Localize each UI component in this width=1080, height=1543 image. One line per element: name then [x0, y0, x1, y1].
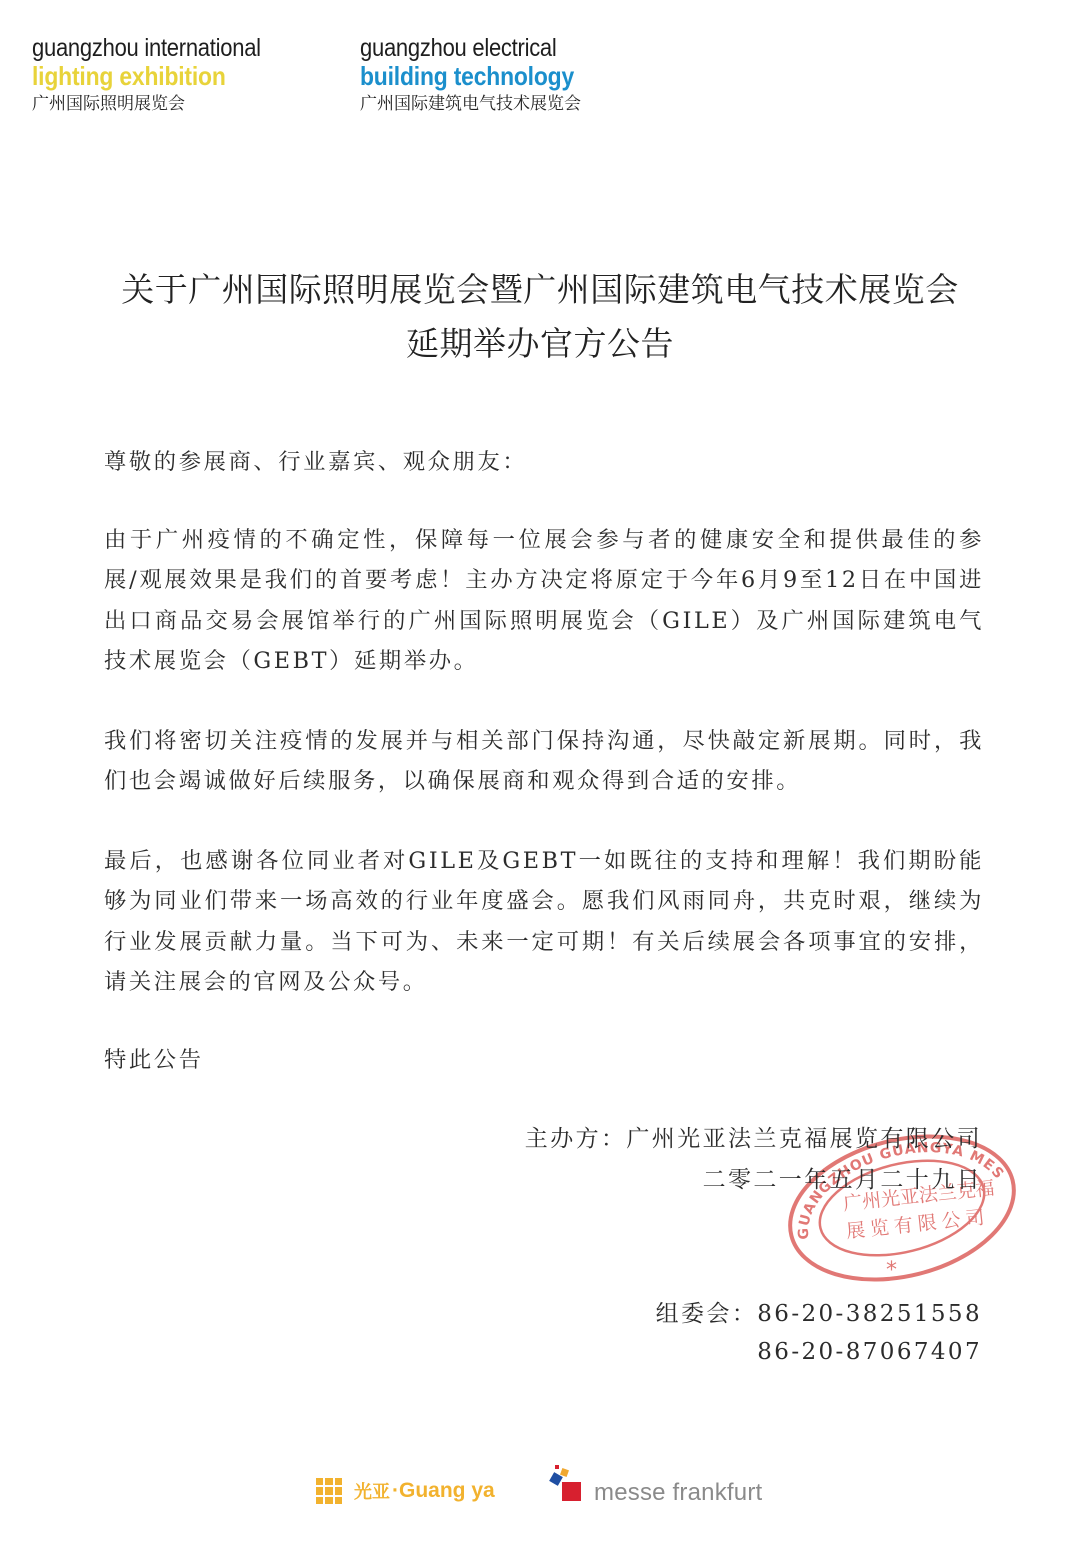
gebt-logo: guangzhou electrical building technology…	[360, 34, 603, 116]
document-title-line2: 延期举办官方公告	[0, 318, 1080, 365]
company-seal-icon: GUANGZHOU GUANGYA MESSE FRANKFURT COMPAN…	[782, 1132, 1022, 1284]
messe-red-square-icon	[562, 1482, 581, 1501]
contact-line-1: 组委会：86-20-38251558	[656, 1295, 982, 1328]
signature-date: 二零二一年五月二十九日	[703, 1161, 982, 1194]
contact-phone-2: 86-20-87067407	[757, 1339, 982, 1365]
contact-label: 组委会：	[656, 1301, 758, 1327]
gile-logo-line2: lighting exhibition	[32, 62, 261, 90]
guangya-grid-icon	[316, 1478, 342, 1504]
closing-remark: 特此公告	[104, 1040, 984, 1080]
gile-logo-line1: guangzhou international	[32, 34, 261, 62]
document-title-line1: 关于广州国际照明展览会暨广州国际建筑电气技术展览会	[0, 264, 1080, 311]
gebt-logo-line2: building technology	[360, 62, 574, 90]
gile-logo: guangzhou international lighting exhibit…	[32, 34, 292, 116]
guangya-logo-en: Guang ya	[399, 1479, 495, 1503]
gebt-logo-cn: 广州国际建筑电气技术展览会	[360, 92, 603, 116]
seal-star: *	[886, 1258, 897, 1283]
contact-phone-1: 86-20-38251558	[757, 1301, 982, 1327]
guangya-logo-sep: ·	[392, 1479, 399, 1503]
salutation: 尊敬的参展商、行业嘉宾、观众朋友：	[104, 442, 984, 482]
guangya-logo-cn: 光亚	[354, 1478, 390, 1504]
gile-logo-cn: 广州国际照明展览会	[32, 92, 292, 116]
paragraph-followup: 我们将密切关注疫情的发展并与相关部门保持沟通，尽快敲定新展期。同时，我们也会竭诚…	[104, 721, 984, 802]
paragraph-postponement: 由于广州疫情的不确定性，保障每一位展会参与者的健康安全和提供最佳的参展/观展效果…	[104, 520, 984, 681]
messe-logo-text: messe frankfurt	[594, 1479, 762, 1507]
messe-dot-icon	[555, 1465, 559, 1469]
paragraph-thanks: 最后，也感谢各位同业者对GILE及GEBT一如既往的支持和理解！我们期盼能够为同…	[104, 841, 984, 1002]
guangya-logo: 光亚 · Guang ya	[316, 1478, 495, 1504]
messe-frankfurt-logo: messe frankfurt	[548, 1462, 788, 1512]
gebt-logo-line1: guangzhou electrical	[360, 34, 574, 62]
organizer-signature: 主办方：广州光亚法兰克福展览有限公司	[525, 1120, 982, 1153]
